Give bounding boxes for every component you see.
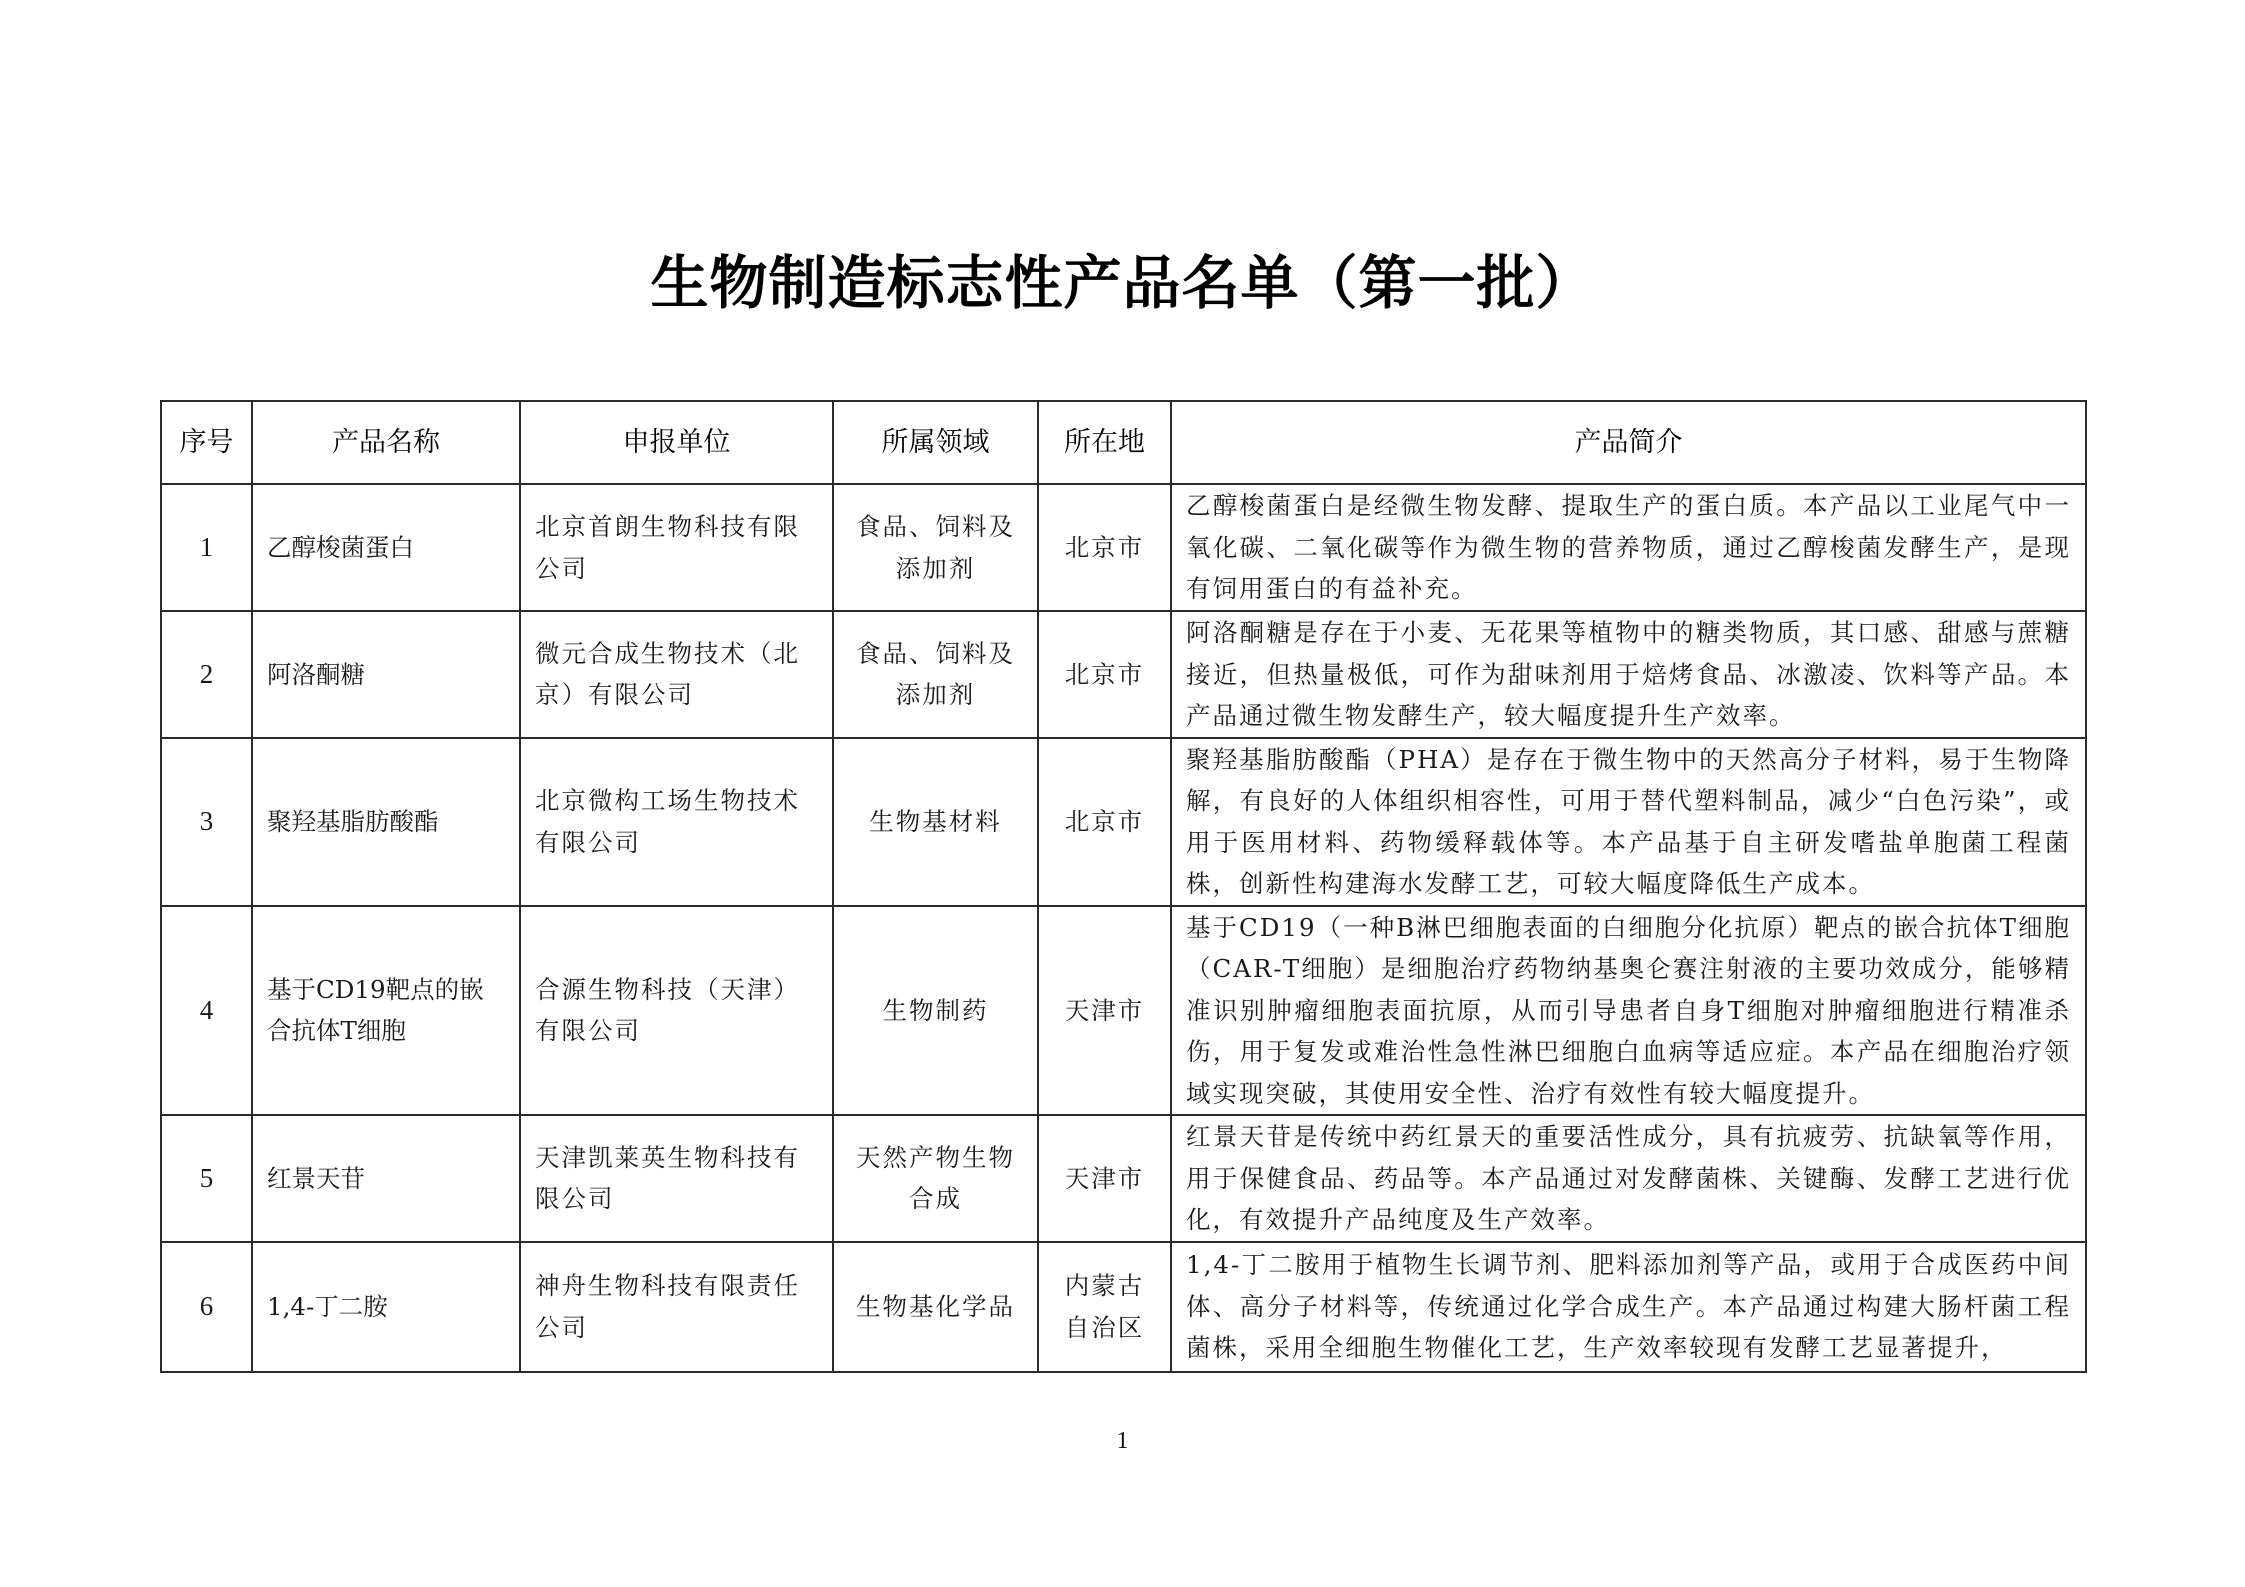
row-product-name: 1,4-丁二胺 [252, 1242, 520, 1372]
row-location: 北京市 [1038, 611, 1171, 738]
table-row: 2 阿洛酮糖 微元合成生物技术（北京）有限公司 食品、饲料及添加剂 北京市 阿洛… [161, 611, 2086, 738]
row-location: 北京市 [1038, 738, 1171, 906]
row-location: 内蒙古自治区 [1038, 1242, 1171, 1372]
row-product-name: 乙醇梭菌蛋白 [252, 484, 520, 611]
row-applicant: 天津凯莱英生物科技有限公司 [520, 1115, 833, 1242]
row-product-name: 聚羟基脂肪酸酯 [252, 738, 520, 906]
table-row: 1 乙醇梭菌蛋白 北京首朗生物科技有限公司 食品、饲料及添加剂 北京市 乙醇梭菌… [161, 484, 2086, 611]
header-location: 所在地 [1038, 401, 1171, 484]
row-field: 生物基化学品 [833, 1242, 1038, 1372]
row-field: 天然产物生物合成 [833, 1115, 1038, 1242]
row-location: 天津市 [1038, 906, 1171, 1116]
row-index: 3 [161, 738, 252, 906]
row-applicant: 微元合成生物技术（北京）有限公司 [520, 611, 833, 738]
row-applicant: 北京首朗生物科技有限公司 [520, 484, 833, 611]
row-applicant: 北京微构工场生物技术有限公司 [520, 738, 833, 906]
row-description: 红景天苷是传统中药红景天的重要活性成分，具有抗疲劳、抗缺氧等作用，用于保健食品、… [1171, 1115, 2086, 1242]
header-applicant: 申报单位 [520, 401, 833, 484]
header-description: 产品简介 [1171, 401, 2086, 484]
row-description: 阿洛酮糖是存在于小麦、无花果等植物中的糖类物质，其口感、甜感与蔗糖接近，但热量极… [1171, 611, 2086, 738]
product-list-table: 序号 产品名称 申报单位 所属领域 所在地 产品简介 1 乙醇梭菌蛋白 北京首朗… [160, 400, 2087, 1373]
header-index: 序号 [161, 401, 252, 484]
row-description: 聚羟基脂肪酸酯（PHA）是存在于微生物中的天然高分子材料，易于生物降解，有良好的… [1171, 738, 2086, 906]
row-location: 北京市 [1038, 484, 1171, 611]
row-description: 基于CD19（一种B淋巴细胞表面的白细胞分化抗原）靶点的嵌合抗体T细胞（CAR-… [1171, 906, 2086, 1116]
row-product-name: 阿洛酮糖 [252, 611, 520, 738]
header-product-name: 产品名称 [252, 401, 520, 484]
row-index: 6 [161, 1242, 252, 1372]
page-number: 1 [0, 1428, 2245, 1455]
row-index: 4 [161, 906, 252, 1116]
row-index: 1 [161, 484, 252, 611]
row-description: 1,4-丁二胺用于植物生长调节剂、肥料添加剂等产品，或用于合成医药中间体、高分子… [1171, 1242, 2086, 1372]
row-field: 生物基材料 [833, 738, 1038, 906]
table-row: 4 基于CD19靶点的嵌合抗体T细胞 合源生物科技（天津）有限公司 生物制药 天… [161, 906, 2086, 1116]
table-row: 6 1,4-丁二胺 神舟生物科技有限责任公司 生物基化学品 内蒙古自治区 1,4… [161, 1242, 2086, 1372]
page-title: 生物制造标志性产品名单（第一批） [0, 243, 2245, 323]
row-applicant: 合源生物科技（天津）有限公司 [520, 906, 833, 1116]
row-index: 5 [161, 1115, 252, 1242]
row-product-name: 红景天苷 [252, 1115, 520, 1242]
row-field: 生物制药 [833, 906, 1038, 1116]
row-description: 乙醇梭菌蛋白是经微生物发酵、提取生产的蛋白质。本产品以工业尾气中一氧化碳、二氧化… [1171, 484, 2086, 611]
row-location: 天津市 [1038, 1115, 1171, 1242]
row-applicant: 神舟生物科技有限责任公司 [520, 1242, 833, 1372]
row-index: 2 [161, 611, 252, 738]
table-header-row: 序号 产品名称 申报单位 所属领域 所在地 产品简介 [161, 401, 2086, 484]
row-field: 食品、饲料及添加剂 [833, 611, 1038, 738]
row-field: 食品、饲料及添加剂 [833, 484, 1038, 611]
table-row: 5 红景天苷 天津凯莱英生物科技有限公司 天然产物生物合成 天津市 红景天苷是传… [161, 1115, 2086, 1242]
table-row: 3 聚羟基脂肪酸酯 北京微构工场生物技术有限公司 生物基材料 北京市 聚羟基脂肪… [161, 738, 2086, 906]
header-field: 所属领域 [833, 401, 1038, 484]
row-product-name: 基于CD19靶点的嵌合抗体T细胞 [252, 906, 520, 1116]
